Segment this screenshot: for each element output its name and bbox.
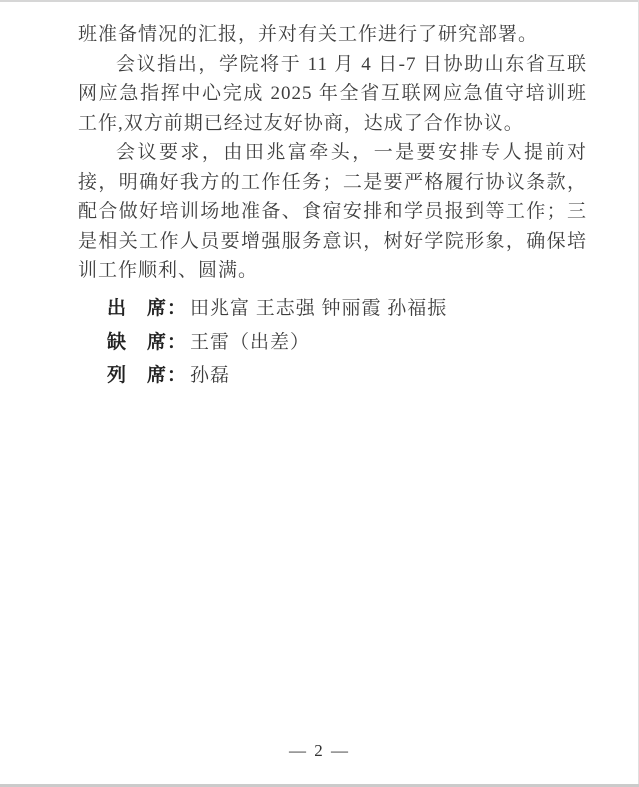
body-text-block: 班准备情况的汇报，并对有关工作进行了研究部署。 会议指出，学院将于 11 月 4… [78,20,587,286]
body-paragraph-meeting-pointed-out: 会议指出，学院将于 11 月 4 日-7 日协助山东省互联网应急指挥中心完成 2… [78,50,587,139]
attendance-label-absent: 缺 席： [107,332,187,353]
document-page: 班准备情况的汇报，并对有关工作进行了研究部署。 会议指出，学院将于 11 月 4… [0,0,639,787]
attendance-row-present: 出 席：田兆富 王志强 钟丽霞 孙福振 [107,292,447,326]
body-paragraph-meeting-requirements: 会议要求，由田兆富牵头，一是要安排专人提前对接，明确好我方的工作任务；二是要严格… [78,138,587,286]
attendance-value-present: 田兆富 王志强 钟丽霞 孙福振 [190,298,447,319]
scan-edge-top [0,0,639,2]
page-number: — 2 — [0,741,639,761]
attendance-label-present: 出 席： [107,298,187,319]
attendance-value-observer: 孙磊 [190,365,230,386]
attendance-row-absent: 缺 席：王雷（出差） [107,326,447,360]
attendance-block: 出 席：田兆富 王志强 钟丽霞 孙福振 缺 席：王雷（出差） 列 席：孙磊 [107,292,447,393]
attendance-row-observer: 列 席：孙磊 [107,359,447,393]
attendance-value-absent: 王雷（出差） [190,332,310,353]
attendance-label-observer: 列 席： [107,365,187,386]
body-paragraph-continuation: 班准备情况的汇报，并对有关工作进行了研究部署。 [78,20,587,50]
